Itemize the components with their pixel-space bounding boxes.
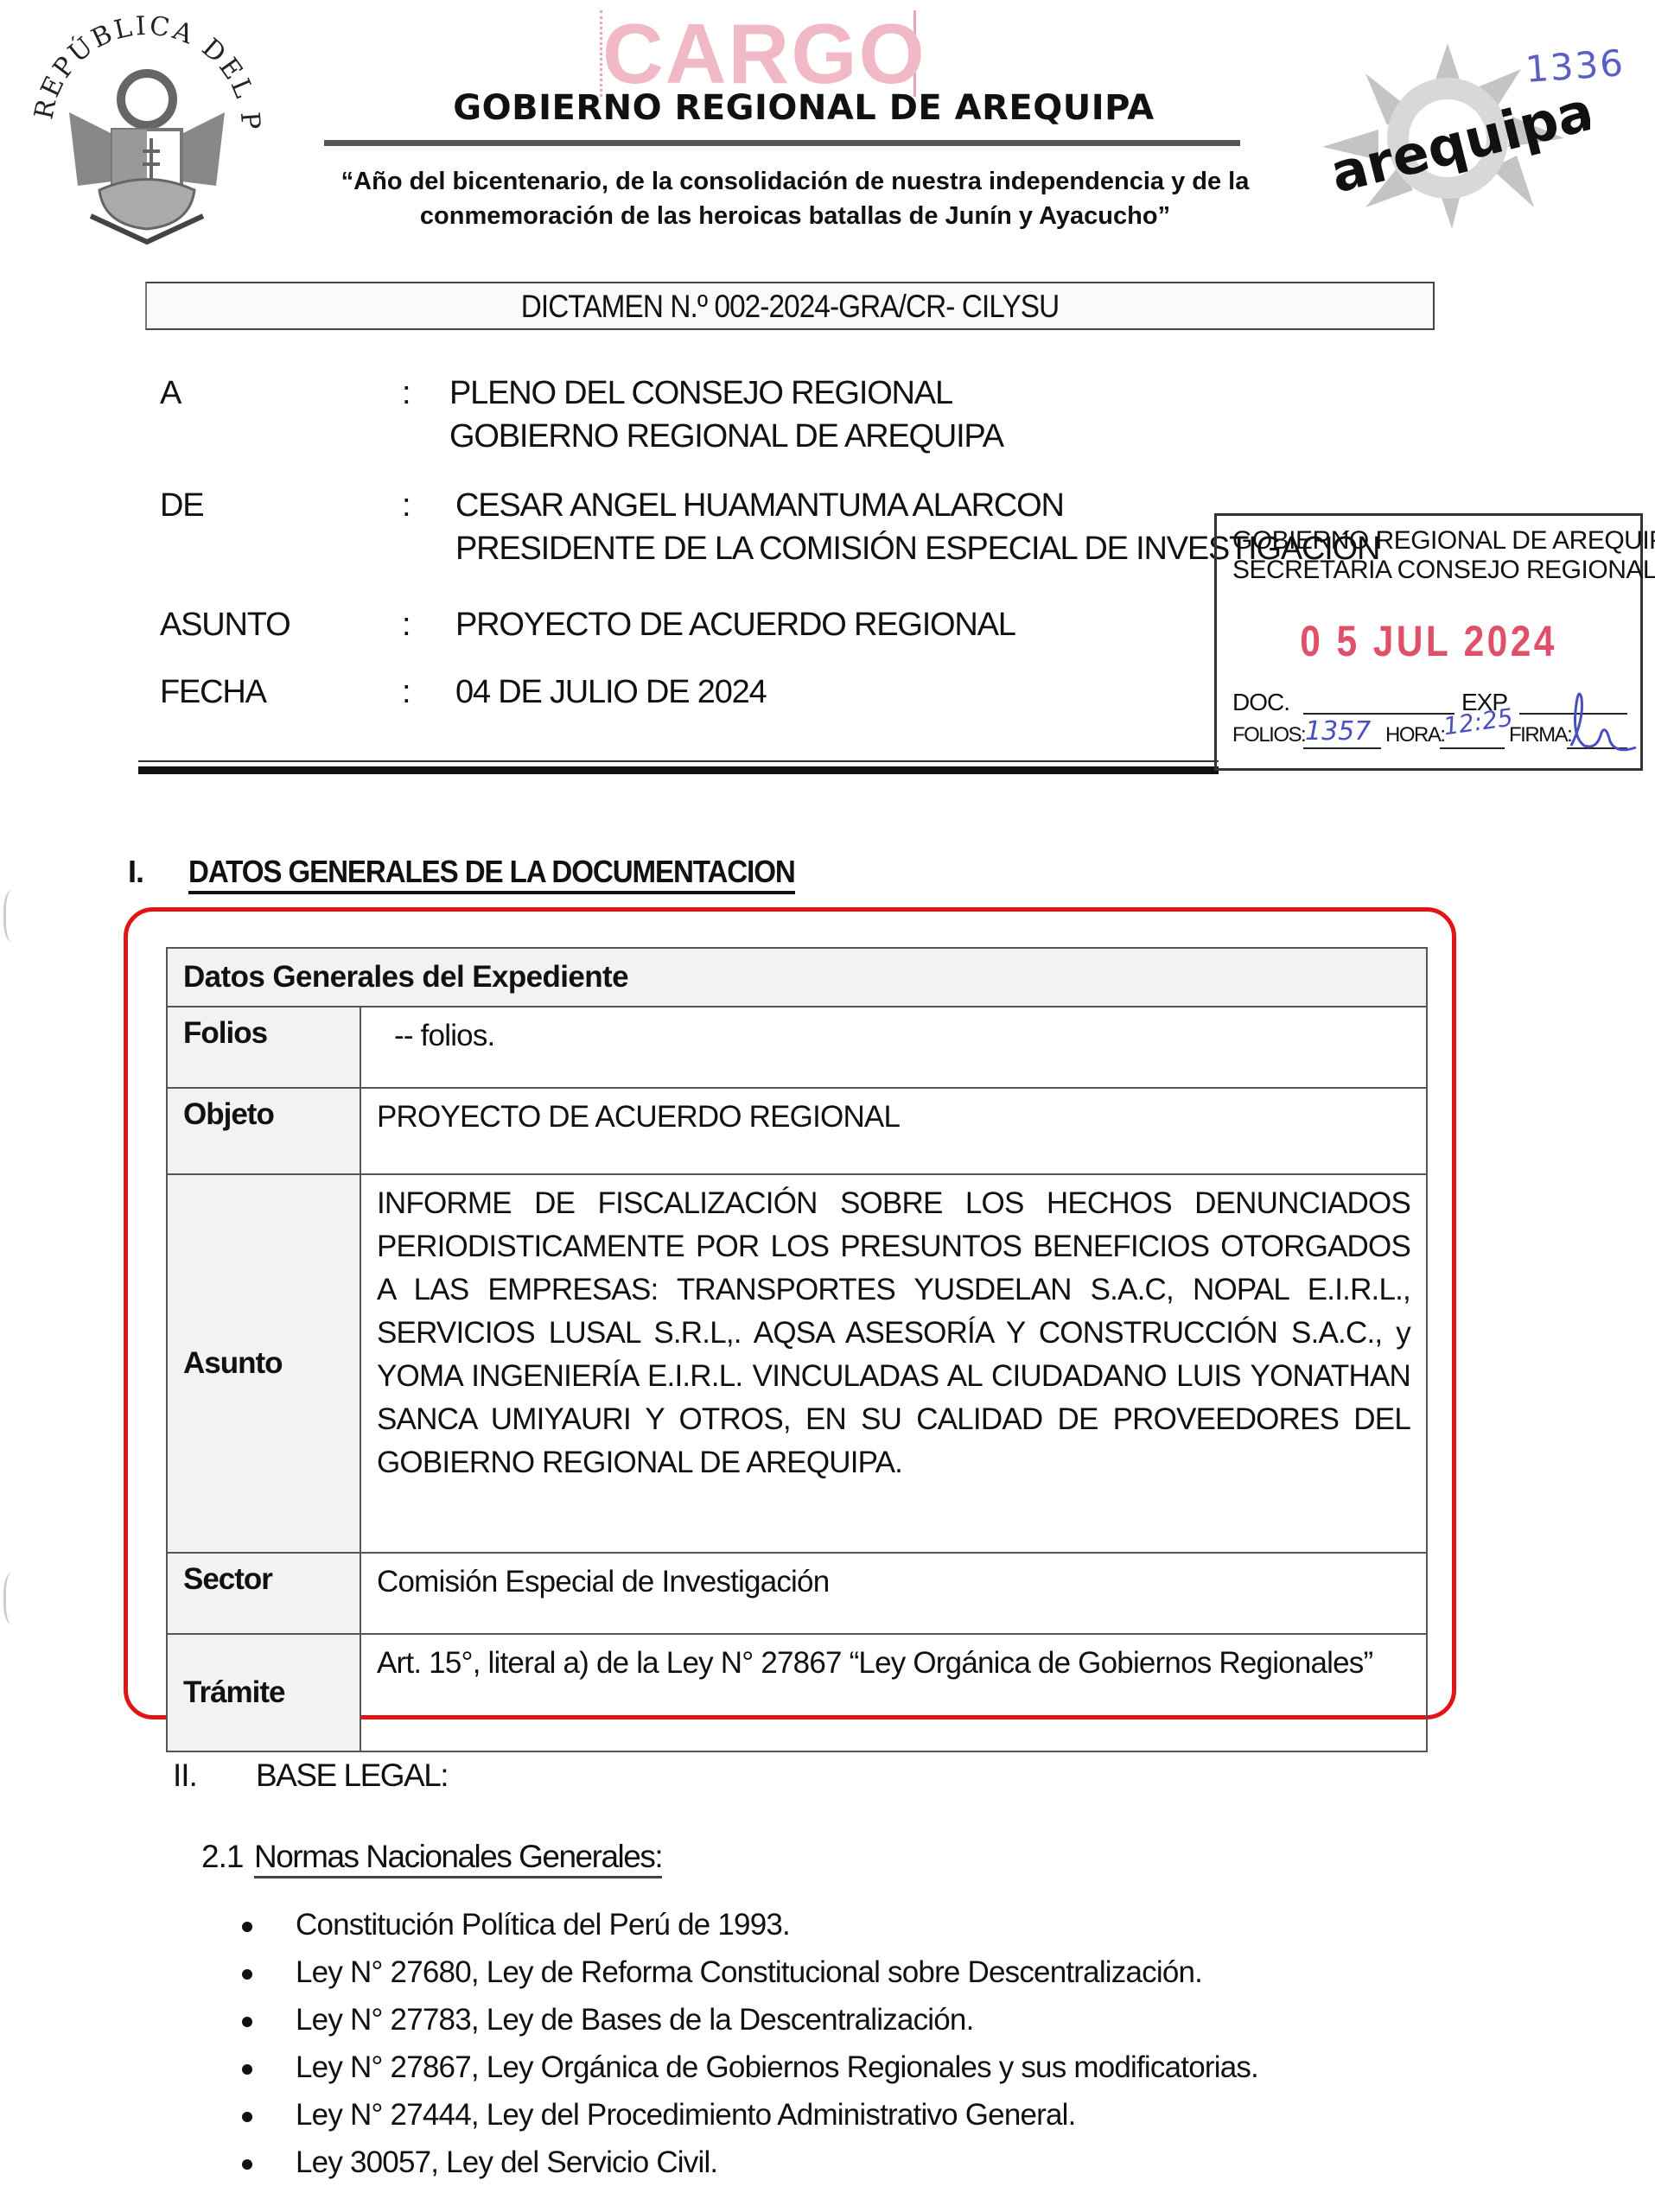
motto-line-2: conmemoración de las heroicas batallas d…: [277, 199, 1314, 233]
list-item-text: Ley N° 27444, Ley del Procedimiento Admi…: [296, 2091, 1076, 2139]
field-value: 04 DE JULIO DE 2024: [455, 671, 767, 714]
field-colon: :: [402, 484, 410, 527]
cargo-stamp: CARGO: [600, 10, 916, 97]
table-row: Asunto INFORME DE FISCALIZACIÓN SOBRE LO…: [167, 1174, 1427, 1553]
row-label: Trámite: [167, 1634, 360, 1751]
organization-title: GOBIERNO REGIONAL DE AREQUIPA: [415, 88, 1193, 128]
field-colon: :: [402, 603, 410, 646]
field-label: ASUNTO: [160, 603, 376, 646]
memo-divider-thick: [138, 766, 1219, 774]
signature-icon: [1563, 685, 1640, 763]
row-value: Art. 15°, literal a) de la Ley N° 27867 …: [360, 1634, 1427, 1751]
field-colon: :: [402, 372, 410, 415]
stamp-doc-label: DOC.: [1232, 689, 1289, 716]
year-motto: “Año del bicentenario, de la consolidaci…: [277, 164, 1314, 233]
stamp-office: SECRETARIA CONSEJO REGIONAL: [1232, 556, 1655, 585]
field-value: CESAR ANGEL HUAMANTUMA ALARCON: [455, 484, 1064, 527]
stamp-folios-label: FOLIOS:: [1232, 723, 1305, 747]
subsection-2-1-number: 2.1: [201, 1839, 243, 1875]
field-value: PLENO DEL CONSEJO REGIONAL: [449, 372, 952, 415]
bullet-icon: [242, 2064, 252, 2075]
table-row: Sector Comisión Especial de Investigació…: [167, 1553, 1427, 1634]
stamp-folios-line: [1303, 747, 1381, 749]
section-1-number: I.: [128, 854, 143, 890]
coat-of-arms-icon: REPÚBLICA DEL PERÚ: [17, 9, 277, 251]
stamp-hora-line: [1440, 747, 1505, 749]
row-label: Objeto: [167, 1088, 360, 1174]
field-label: FECHA: [160, 671, 376, 714]
table-header: Datos Generales del Expediente: [167, 948, 1427, 1007]
expediente-table: Datos Generales del Expediente Folios --…: [166, 947, 1428, 1752]
subsection-2-1-title: Normas Nacionales Generales:: [254, 1839, 662, 1878]
row-label: Sector: [167, 1553, 360, 1634]
bullet-icon: [242, 2017, 252, 2027]
field-value: GOBIERNO REGIONAL DE AREQUIPA: [449, 415, 1003, 458]
list-item-text: Ley 30057, Ley del Servicio Civil.: [296, 2139, 717, 2186]
bullet-icon: [242, 2112, 252, 2122]
row-value: -- folios.: [360, 1007, 1427, 1088]
table-header-row: Datos Generales del Expediente: [167, 948, 1427, 1007]
field-label: A: [160, 372, 376, 415]
reception-stamp: GOBIERNO REGIONAL DE AREQUIPA SECRETARIA…: [1214, 513, 1643, 771]
table-row: Objeto PROYECTO DE ACUERDO REGIONAL: [167, 1088, 1427, 1174]
stamp-hora-label: HORA:: [1385, 723, 1445, 747]
list-item-text: Ley N° 27867, Ley Orgánica de Gobiernos …: [296, 2044, 1258, 2091]
field-value: PROYECTO DE ACUERDO REGIONAL: [455, 603, 1015, 646]
peru-coat-of-arms: REPÚBLICA DEL PERÚ: [17, 9, 277, 251]
row-value: Comisión Especial de Investigación: [360, 1553, 1427, 1634]
dictamen-title-box: DICTAMEN N.º 002-2024-GRA/CR- CILYSU: [145, 282, 1435, 330]
field-label: DE: [160, 484, 376, 527]
stamp-organization: GOBIERNO REGIONAL DE AREQUIPA: [1232, 526, 1655, 556]
bullet-icon: [242, 1969, 252, 1980]
scan-mark: [3, 1573, 23, 1624]
table-row: Folios -- folios.: [167, 1007, 1427, 1088]
field-colon: :: [402, 671, 410, 714]
dictamen-title: DICTAMEN N.º 002-2024-GRA/CR- CILYSU: [211, 289, 1368, 325]
bullet-icon: [242, 2159, 252, 2170]
section-2-title: BASE LEGAL:: [256, 1758, 448, 1794]
scan-mark: [3, 890, 23, 942]
handwritten-page-number: 1336: [1524, 41, 1626, 91]
motto-line-1: “Año del bicentenario, de la consolidaci…: [277, 164, 1314, 199]
list-item-text: Ley N° 27783, Ley de Bases de la Descent…: [296, 1996, 974, 2044]
section-1-title: DATOS GENERALES DE LA DOCUMENTACION: [188, 854, 795, 894]
stamp-date: 0 5 JUL 2024: [1249, 616, 1609, 666]
header-divider: [324, 140, 1240, 146]
stamp-doc-line: [1303, 713, 1454, 715]
list-item-text: Ley N° 27680, Ley de Reforma Constitucio…: [296, 1948, 1202, 1996]
bullet-icon: [242, 1922, 252, 1932]
stamp-hora-value: 12:25: [1442, 703, 1515, 741]
list-item-text: Constitución Política del Perú de 1993.: [296, 1901, 790, 1948]
memo-divider-thin: [138, 760, 1219, 762]
row-value: INFORME DE FISCALIZACIÓN SOBRE LOS HECHO…: [360, 1174, 1427, 1553]
row-label: Asunto: [167, 1174, 360, 1553]
stamp-folios-value: 1357: [1305, 716, 1371, 747]
table-row: Trámite Art. 15°, literal a) de la Ley N…: [167, 1634, 1427, 1751]
section-2-number: II.: [173, 1758, 197, 1794]
row-value: PROYECTO DE ACUERDO REGIONAL: [360, 1088, 1427, 1174]
row-label: Folios: [167, 1007, 360, 1088]
